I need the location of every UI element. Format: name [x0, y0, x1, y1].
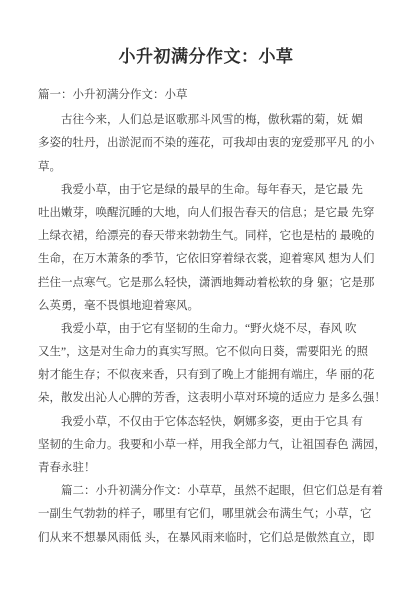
text-line: 又生”，这是对生命力的真实写照。它不似向日葵，需要阳光 的照 — [38, 341, 374, 364]
text-line: 吐出嫩芽，唤醒沉睡的大地，向人们报告春天的信息；是它最 先穿 — [38, 202, 374, 225]
text-line: 们从来不想暴风雨低 头，在暴风雨来临时，它们总是傲然直立，即 — [38, 527, 374, 550]
text-line: 我爱小草，不仅由于它体态轻快，婀娜多姿，更由于它具 有 — [38, 411, 374, 434]
text-line: 朵，散发出沁人心脾的芳香，这表明小草对环境的适应力 是多么强！ — [38, 387, 374, 410]
text-line: 么英勇，毫不畏惧地迎着寒风。 — [38, 295, 374, 318]
section-heading-line: 篇一：小升初满分作文：小草 — [38, 84, 374, 107]
section-heading-line: 篇二：小升初满分作文：小草草，虽然不起眼，但它们总是有着 — [38, 480, 374, 503]
document-body: 篇一：小升初满分作文：小草古往今来，人们总是讴歌那斗风雪的梅，傲秋霜的菊，妩 媚… — [38, 84, 374, 550]
text-line: 射才能生存；不似夜来香，只有到了晚上才能拥有端庄，华 丽的花 — [38, 364, 374, 387]
text-line: 坚韧的生命力。我要和小草一样，用我全部力气，让祖国春色 满园， — [38, 434, 374, 457]
text-line: 草。 — [38, 156, 374, 179]
text-line: 上绿衣裙，给漂亮的春天带来勃勃生气。同样，它也是枯的 最晚的 — [38, 225, 374, 248]
text-line: 拦住一点寒气。它是那么轻快，潇洒地舞动着松软的身 躯；它是那 — [38, 272, 374, 295]
document-title: 小升初满分作文：小草 — [38, 44, 374, 70]
text-line: 我爱小草，由于它有坚韧的生命力。“野火烧不尽，春风 吹 — [38, 318, 374, 341]
text-line: 古往今来，人们总是讴歌那斗风雪的梅，傲秋霜的菊，妩 媚 — [38, 109, 374, 132]
text-line: 多姿的牡丹，出淤泥而不染的莲花，可我却由衷的宠爱那平凡 的小 — [38, 132, 374, 155]
text-line: 生命，在万木萧条的季节，它依旧穿着绿衣裳，迎着寒风 想为人们 — [38, 248, 374, 271]
text-line: 一副生气勃勃的样子，哪里有它们，哪里就会布满生气；小草，它 — [38, 503, 374, 526]
text-line: 我爱小草，由于它是绿的最早的生命。每年春天，是它最 先 — [38, 179, 374, 202]
document-page: 小升初满分作文：小草 篇一：小升初满分作文：小草古往今来，人们总是讴歌那斗风雪的… — [0, 0, 405, 600]
text-line: 青春永驻！ — [38, 457, 374, 480]
